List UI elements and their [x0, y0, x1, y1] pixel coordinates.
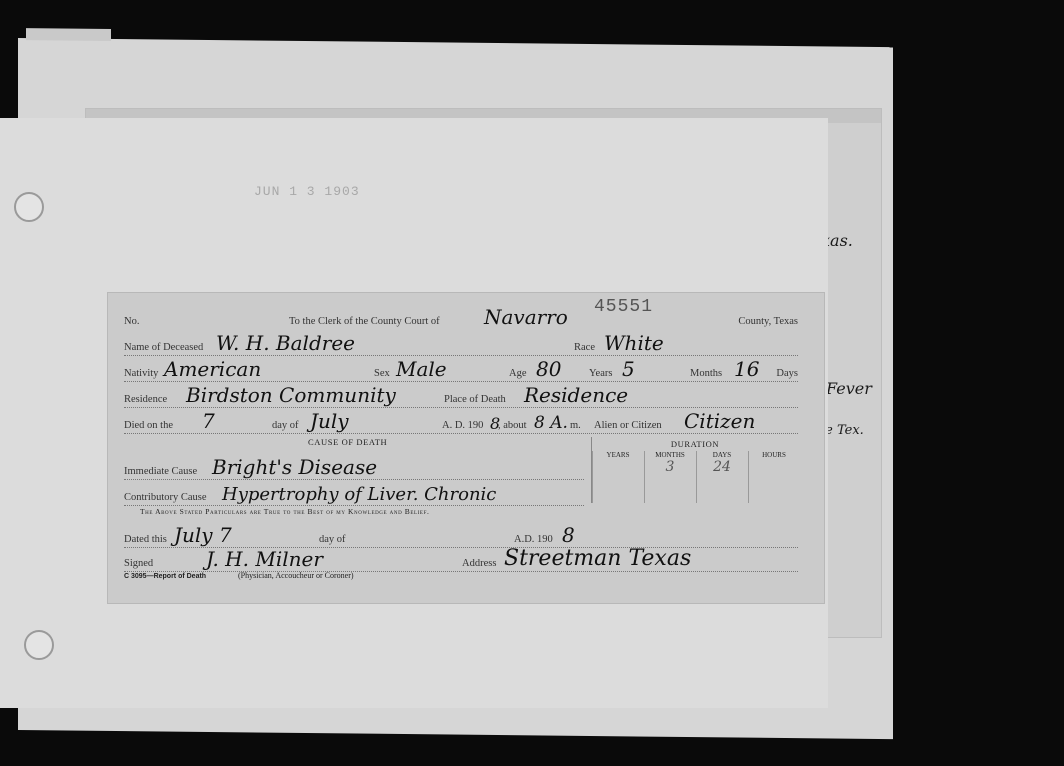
- died-line: Died on the 7 day of July A. D. 190 8 , …: [124, 413, 798, 434]
- death-certificate: 45551 No. To the Clerk of the County Cou…: [107, 292, 825, 604]
- age-days: 16: [734, 357, 759, 381]
- address-value: Streetman Texas: [504, 546, 691, 571]
- dated-ad-label: A.D. 190: [514, 534, 553, 545]
- clerk-label: To the Clerk of the County Court of: [289, 316, 440, 327]
- years-label: Years: [589, 368, 612, 379]
- attestation: The Above Stated Particulars are True to…: [140, 507, 429, 516]
- county-suffix: County, Texas: [738, 316, 798, 327]
- immediate-cause-line: Immediate Cause Bright's Disease: [124, 459, 584, 480]
- days-label: Days: [776, 368, 798, 379]
- name-line: Name of Deceased W. H. Baldree Race Whit…: [124, 335, 798, 356]
- day-of-label: day of: [272, 420, 299, 431]
- dated-year: 8: [562, 523, 575, 547]
- immediate-label: Immediate Cause: [124, 466, 197, 477]
- died-day: 7: [202, 409, 215, 433]
- age-months: 5: [622, 357, 635, 381]
- died-month: July: [310, 409, 349, 433]
- signed-line: Signed J. H. Milner Address Streetman Te…: [124, 551, 798, 572]
- contributory-value: Hypertrophy of Liver. Chronic: [222, 484, 496, 505]
- residence-line: Residence Birdston Community Place of De…: [124, 387, 798, 408]
- cause-heading: CAUSE OF DEATH: [308, 437, 387, 447]
- duration-table: DURATION YEARS MONTHS3 DAYS24 HOURS: [591, 437, 798, 503]
- race-value: White: [604, 331, 664, 355]
- sex-value: Male: [396, 357, 447, 381]
- duration-years: YEARS: [592, 451, 643, 503]
- name-label: Name of Deceased: [124, 342, 203, 353]
- side-note: Fever: [826, 379, 872, 398]
- contributory-label: Contributory Cause: [124, 492, 207, 503]
- nativity-value: American: [164, 357, 261, 381]
- duration-months: MONTHS3: [644, 451, 695, 503]
- died-on-label: Died on the: [124, 420, 173, 431]
- nativity-line: Nativity American Sex Male Age 80 Years …: [124, 361, 798, 382]
- sex-label: Sex: [374, 368, 390, 379]
- name-value: W. H. Baldree: [216, 331, 355, 355]
- address-label: Address: [462, 558, 496, 569]
- signer-role: (Physician, Accoucheur or Coroner): [238, 571, 354, 580]
- contributory-cause-line: Contributory Cause Hypertrophy of Liver.…: [124, 485, 584, 506]
- signed-label: Signed: [124, 558, 153, 569]
- months-label: Months: [690, 368, 722, 379]
- alien-citizen-value: Citizen: [684, 409, 755, 433]
- dated-day-of-label: day of: [319, 534, 346, 545]
- duration-heading: DURATION: [592, 439, 798, 449]
- ad-label: A. D. 190: [442, 420, 483, 431]
- nativity-label: Nativity: [124, 368, 158, 379]
- about-label: , about: [498, 420, 527, 431]
- dated-value: July 7: [174, 523, 232, 547]
- punch-hole: [14, 192, 44, 222]
- duration-days: DAYS24: [696, 451, 747, 503]
- immediate-value: Bright's Disease: [212, 455, 377, 479]
- alien-citizen-label: Alien or Citizen: [594, 420, 662, 431]
- age-years: 80: [536, 357, 561, 381]
- m-label: m.: [570, 420, 581, 431]
- county-value: Navarro: [484, 305, 568, 329]
- folder-tab: [26, 28, 111, 41]
- race-label: Race: [574, 342, 595, 353]
- time-value: 8 A.: [534, 413, 568, 433]
- residence-label: Residence: [124, 394, 167, 405]
- punch-hole: [24, 630, 54, 660]
- age-label: Age: [509, 368, 527, 379]
- no-label: No.: [124, 316, 139, 327]
- residence-value: Birdston Community: [186, 383, 396, 407]
- header-line: No. To the Clerk of the County Court of …: [124, 309, 798, 329]
- date-stamp: JUN 1 3 1903: [254, 184, 360, 199]
- dated-label: Dated this: [124, 534, 167, 545]
- form-code: C 3095—Report of Death: [124, 573, 206, 580]
- dated-line: Dated this July 7 day of A.D. 190 8: [124, 527, 798, 548]
- place-of-death-label: Place of Death: [444, 394, 506, 405]
- duration-hours: HOURS: [748, 451, 799, 503]
- place-of-death-value: Residence: [524, 383, 628, 407]
- signed-value: J. H. Milner: [206, 547, 323, 571]
